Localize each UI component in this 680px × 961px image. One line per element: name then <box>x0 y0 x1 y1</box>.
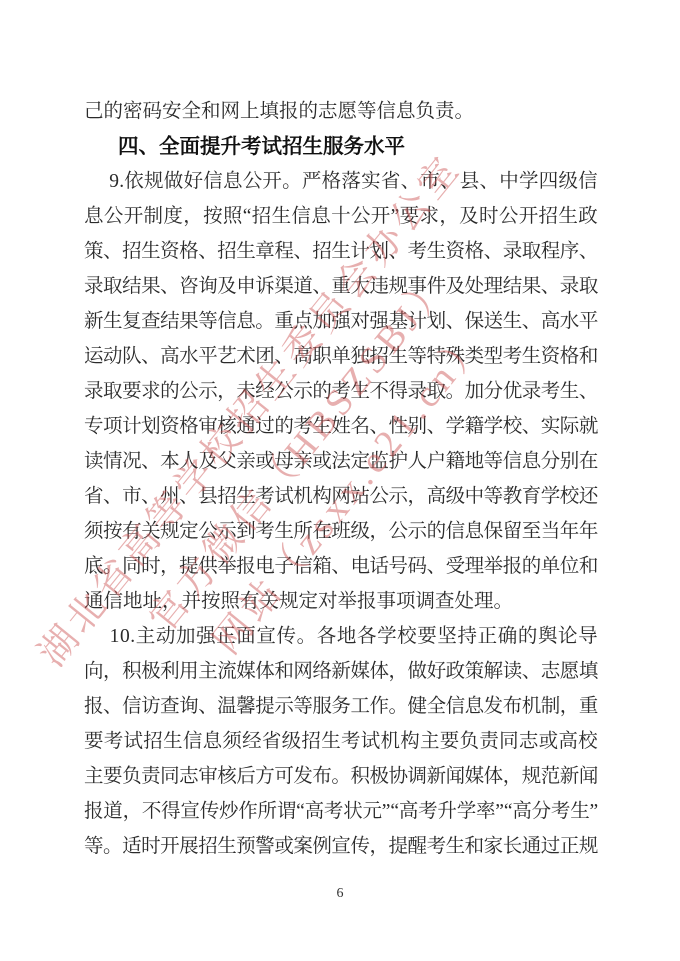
text-line: 须按有关规定公示到考生所在班级，公示的信息保留至当年年 <box>84 514 598 549</box>
text-line: 省、市、州、县招生考试机构网站公示，高级中等教育学校还 <box>84 479 598 514</box>
text-line: 向，积极利用主流媒体和网络新媒体，做好政策解读、志愿填 <box>84 654 598 689</box>
document-page: 湖北省高等学校招生委员会办公室官方微信（HBSZSBJ）网站（zsxx.e21.… <box>0 0 680 961</box>
text-line: 9.依规做好信息公开。严格落实省、市、县、中学四级信 <box>84 164 598 199</box>
text-line: 报、信访查询、温馨提示等服务工作。健全信息发布机制，重 <box>84 689 598 724</box>
body-text: 己的密码安全和网上填报的志愿等信息负责。四、全面提升考试招生服务水平9.依规做好… <box>84 94 598 864</box>
text-line: 等。适时开展招生预警或案例宣传，提醒考生和家长通过正规 <box>84 829 598 864</box>
text-line: 策、招生资格、招生章程、招生计划、考生资格、录取程序、 <box>84 234 598 269</box>
text-line: 10.主动加强正面宣传。各地各学校要坚持正确的舆论导 <box>84 619 598 654</box>
text-line: 录取要求的公示，未经公示的考生不得录取。加分优录考生、 <box>84 374 598 409</box>
text-line: 录取结果、咨询及申诉渠道、重大违规事件及处理结果、录取 <box>84 269 598 304</box>
text-line: 通信地址，并按照有关规定对举报事项调查处理。 <box>84 584 598 619</box>
section-heading: 四、全面提升考试招生服务水平 <box>84 129 598 164</box>
text-line: 息公开制度，按照“招生信息十公开”要求，及时公开招生政 <box>84 199 598 234</box>
text-line: 底。同时，提供举报电子信箱、电话号码、受理举报的单位和 <box>84 549 598 584</box>
text-line: 要考试招生信息须经省级招生考试机构主要负责同志或高校 <box>84 724 598 759</box>
text-line: 主要负责同志审核后方可发布。积极协调新闻媒体，规范新闻 <box>84 759 598 794</box>
text-line: 专项计划资格审核通过的考生姓名、性别、学籍学校、实际就 <box>84 409 598 444</box>
page-number: 6 <box>0 886 680 902</box>
text-line: 新生复查结果等信息。重点加强对强基计划、保送生、高水平 <box>84 304 598 339</box>
text-line: 运动队、高水平艺术团、高职单独招生等特殊类型考生资格和 <box>84 339 598 374</box>
text-line: 己的密码安全和网上填报的志愿等信息负责。 <box>84 94 598 129</box>
text-line: 报道，不得宣传炒作所谓“高考状元”“高考升学率” “高分考生” <box>84 794 598 829</box>
text-line: 读情况、本人及父亲或母亲或法定监护人户籍地等信息分别在 <box>84 444 598 479</box>
